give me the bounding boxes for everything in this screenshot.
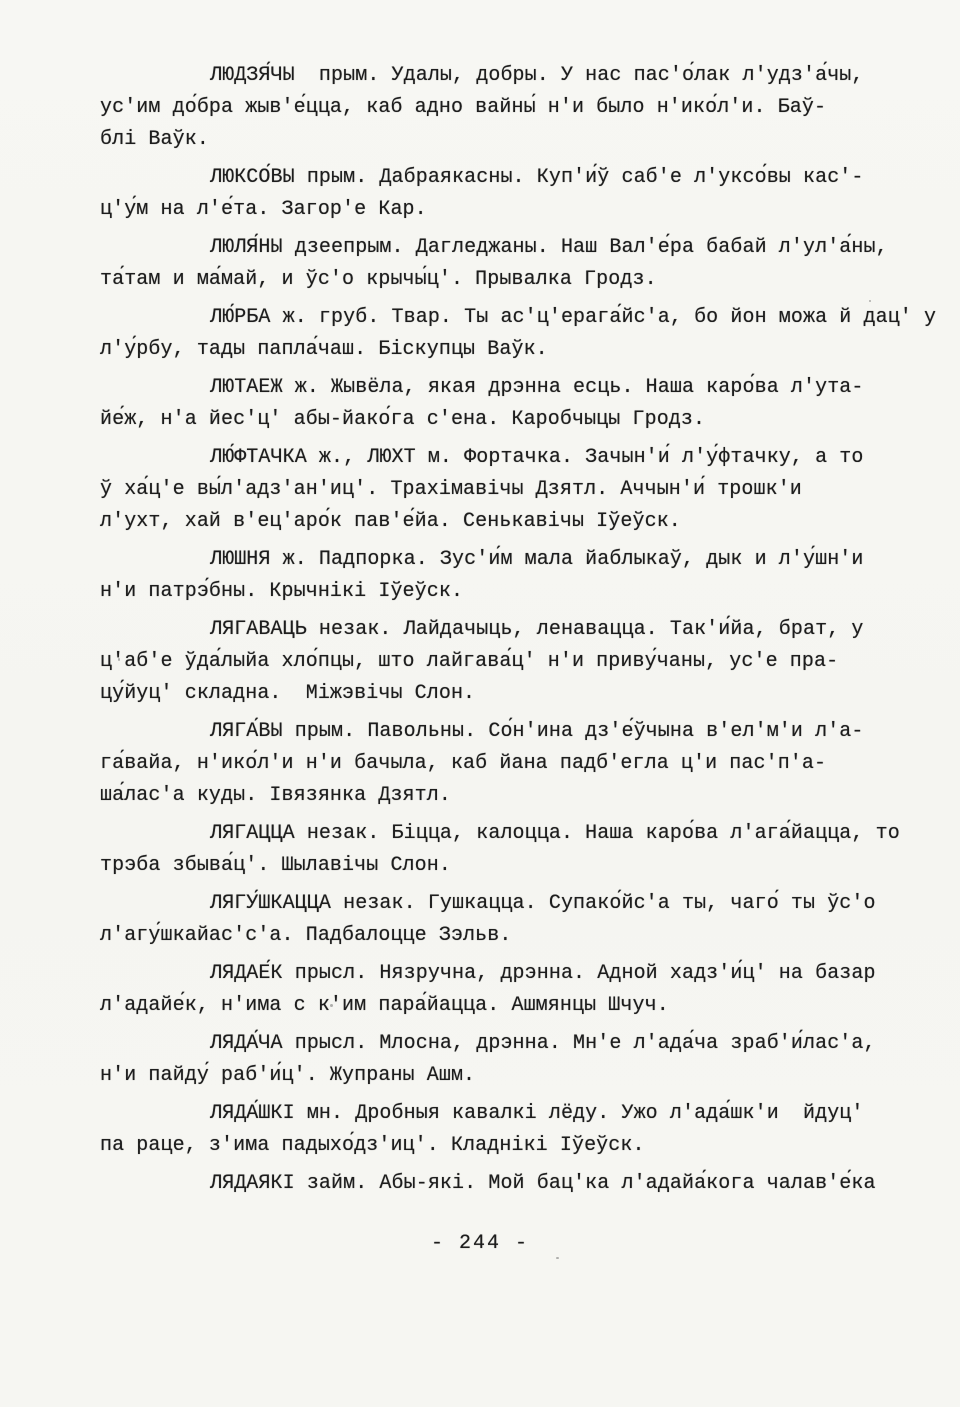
dictionary-entry: ЛЮКСО́ВЫ прым. Дабраякасны. Куп'и́ў саб'… [100, 162, 874, 226]
entry-line: йе́ж, н'а йес'ц' абы-йако́га с'ена. Каро… [100, 404, 874, 436]
dictionary-entries: ЛЮДЗЯ́ЧЫ прым. Удалы, добры. У нас пас'о… [0, 0, 960, 1200]
entry-line: л'адайе́к, н'има с к'им пара́йацца. Ашмя… [100, 990, 874, 1022]
dictionary-entry: ЛЯГАВАЦЬ незак. Лайдачыць, ленавацца. Та… [100, 614, 874, 710]
entry-line: н'и патрэ́бны. Крычнікі Іўеўск. [100, 576, 874, 608]
entry-first-line: ЛЮКСО́ВЫ прым. Дабраякасны. Куп'и́ў саб'… [100, 162, 874, 194]
dictionary-entry: ЛЮШНЯ ж. Падпорка. Зус'и́м мала йаблыкаў… [100, 544, 874, 608]
entry-line: га́вайа, н'ико́л'и н'и бачыла, каб йана … [100, 748, 874, 780]
scanned-page: ЛЮДЗЯ́ЧЫ прым. Удалы, добры. У нас пас'о… [0, 0, 960, 1407]
entry-first-line: ЛЮДЗЯ́ЧЫ прым. Удалы, добры. У нас пас'о… [100, 60, 874, 92]
dictionary-entry: ЛЯДАЕ́К прысл. Нязручна, дрэнна. Адной х… [100, 958, 874, 1022]
dictionary-entry: ЛЯГА́ВЫ прым. Павольны. Со́н'ина дз'е́ўч… [100, 716, 874, 812]
entry-line: трэба збыва́ц'. Шылавічы Слон. [100, 850, 874, 882]
dictionary-entry: ЛЯДА́ЧА прысл. Млосна, дрэнна. Мн'е л'ад… [100, 1028, 874, 1092]
dictionary-entry: ЛЯГАЦЦА незак. Біцца, калоцца. Наша каро… [100, 818, 874, 882]
entry-line: ус'им до́бра жыв'е́цца, каб адно вайны́ … [100, 92, 874, 124]
scan-speck [118, 658, 120, 661]
scan-speck [869, 300, 871, 302]
page-number: - 244 - [0, 1228, 960, 1260]
entry-line: ц'аб'е ўда́лыйа хло́пцы, што лайгава́ц' … [100, 646, 874, 678]
entry-first-line: ЛЯДА́ШКІ мн. Дробныя кавалкі лёду. Ужо л… [100, 1098, 874, 1130]
dictionary-entry: ЛЯДАЯКІ займ. Абы-які. Мой бац'ка л'адай… [100, 1168, 874, 1200]
dictionary-entry: ЛЮТАЕЖ ж. Жывёла, якая дрэнна есць. Наша… [100, 372, 874, 436]
entry-line: ша́лас'а куды. Івязянка Дзятл. [100, 780, 874, 812]
entry-line: ў ха́ц'е вы́л'адз'ан'иц'. Трахімавічы Дз… [100, 474, 874, 506]
entry-first-line: ЛЯДА́ЧА прысл. Млосна, дрэнна. Мн'е л'ад… [100, 1028, 874, 1060]
dictionary-entry: ЛЮЛЯ́НЫ дзеепрым. Дагледжаны. Наш Вал'е́… [100, 232, 874, 296]
dictionary-entry: ЛЮДЗЯ́ЧЫ прым. Удалы, добры. У нас пас'о… [100, 60, 874, 156]
dictionary-entry: ЛЯДА́ШКІ мн. Дробныя кавалкі лёду. Ужо л… [100, 1098, 874, 1162]
entry-line: па раце, з'има падыхо́дз'иц'. Кладнікі І… [100, 1130, 874, 1162]
entry-line: цу́йуц' складна. Міжэвічы Слон. [100, 678, 874, 710]
entry-line: л'у́рбу, тады папла́чаш. Біскупцы Ваўк. [100, 334, 874, 366]
entry-line: н'и пайду́ раб'и́ц'. Жупраны Ашм. [100, 1060, 874, 1092]
entry-line: та́там и ма́май, и ўс'о крычы́ц'. Прывал… [100, 264, 874, 296]
entry-line: л'ухт, хай в'ец'аро́к пав'е́йа. Сенькаві… [100, 506, 874, 538]
dictionary-entry: ЛЮ́РБА ж. груб. Твар. Ты ас'ц'ерага́йс'а… [100, 302, 874, 366]
entry-first-line: ЛЯГУ́ШКАЦЦА незак. Гушкацца. Супако́йс'а… [100, 888, 874, 920]
entry-line: ц'у́м на л'е́та. Загор'е Кар. [100, 194, 874, 226]
entry-first-line: ЛЯДАЯКІ займ. Абы-які. Мой бац'ка л'адай… [100, 1168, 874, 1200]
entry-first-line: ЛЮШНЯ ж. Падпорка. Зус'и́м мала йаблыкаў… [100, 544, 874, 576]
entry-first-line: ЛЮ́ФТАЧКА ж., ЛЮХТ м. Фортачка. Зачын'и́… [100, 442, 874, 474]
entry-first-line: ЛЯДАЕ́К прысл. Нязручна, дрэнна. Адной х… [100, 958, 874, 990]
entry-first-line: ЛЮЛЯ́НЫ дзеепрым. Дагледжаны. Наш Вал'е́… [100, 232, 874, 264]
entry-line: блі Ваўк. [100, 124, 874, 156]
entry-first-line: ЛЮТАЕЖ ж. Жывёла, якая дрэнна есць. Наша… [100, 372, 874, 404]
entry-first-line: ЛЯГАЦЦА незак. Біцца, калоцца. Наша каро… [100, 818, 874, 850]
scan-speck [556, 1257, 559, 1259]
dictionary-entry: ЛЯГУ́ШКАЦЦА незак. Гушкацца. Супако́йс'а… [100, 888, 874, 952]
entry-line: л'агу́шкайас'с'а. Падбалоцце Зэльв. [100, 920, 874, 952]
dictionary-entry: ЛЮ́ФТАЧКА ж., ЛЮХТ м. Фортачка. Зачын'и́… [100, 442, 874, 538]
entry-first-line: ЛЯГАВАЦЬ незак. Лайдачыць, ленавацца. Та… [100, 614, 874, 646]
entry-first-line: ЛЯГА́ВЫ прым. Павольны. Со́н'ина дз'е́ўч… [100, 716, 874, 748]
entry-first-line: ЛЮ́РБА ж. груб. Твар. Ты ас'ц'ерага́йс'а… [100, 302, 874, 334]
scan-speck [330, 1004, 333, 1007]
